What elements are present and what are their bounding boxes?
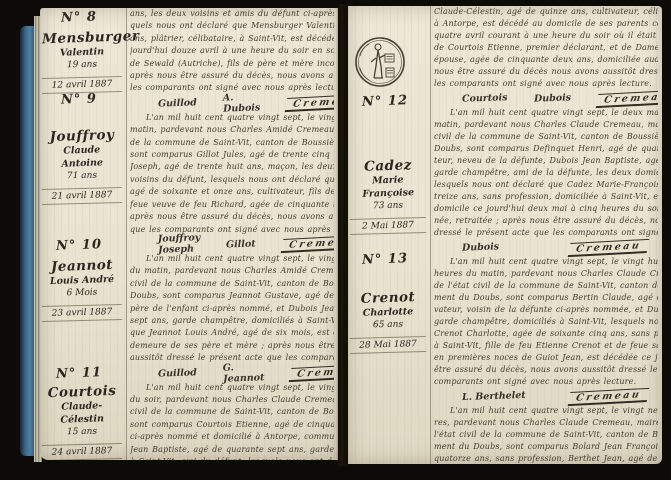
act-14-text: L'an mil huit cent quatre vingt sept, le… — [434, 405, 658, 464]
act-8-text: ans, les deux voisins et amis du défunt … — [130, 8, 334, 112]
mayor-paraph-signature: Cremeau — [281, 235, 334, 253]
deceased-age: 71 ans — [42, 169, 122, 182]
act-9-text: L'an mil huit cent quatre vingt sept, le… — [130, 112, 334, 253]
mayor-paraph-signature: Cremeau — [595, 89, 658, 107]
deceased-age: 15 ans — [42, 425, 122, 438]
act-13-signatures: L. Berthelet Cremeau — [434, 388, 658, 405]
deceased-age: 6 Mois — [42, 286, 122, 299]
mayor-paraph-signature: Cremeau — [289, 364, 334, 382]
act-date: 21 avril 1887 — [42, 187, 122, 205]
margin-entry-crenot: Crenot Charlotte 65 ans 28 Mai 1887 — [350, 290, 426, 353]
mayor-paraph-signature: Cremeau — [567, 387, 649, 405]
margin-entry-jouffroy: Jouffroy Claude Antoine 71 ans 21 avril … — [42, 128, 122, 204]
revenue-stamp-icon — [352, 32, 408, 94]
mayor-paraph-signature: Cremeau — [285, 94, 334, 112]
witness-signature: Dubois — [462, 241, 499, 253]
left-page-text: ans, les deux voisins et amis du défunt … — [130, 8, 334, 460]
register-scan: N° 8 Mensburger Valentin 19 ans 12 avril… — [0, 0, 671, 480]
act-number-11: N° 11 — [40, 365, 118, 383]
witness-signature: L. Berthelet — [462, 390, 526, 403]
witness-signature: Dubois — [533, 92, 570, 104]
margin-entry-mensburger: Mensburger Valentin 19 ans 12 avril 1887 — [42, 30, 122, 93]
deceased-given: Marie Françoise — [350, 173, 427, 202]
witness-signature: Jouffroy Joseph — [158, 233, 201, 256]
act-10-text: L'an mil huit cent quatre vingt sept, le… — [130, 253, 334, 382]
left-margin-column: N° 8 Mensburger Valentin 19 ans 12 avril… — [40, 8, 127, 460]
witness-signature: Guillod — [158, 97, 197, 109]
deceased-age: 73 ans — [350, 199, 426, 212]
right-page-text: Claude-Célestin, agé de quinze ans, cult… — [434, 6, 658, 464]
witness-signature: G. Jeannot — [222, 361, 264, 384]
deceased-age: 65 ans — [350, 318, 426, 331]
right-page: N° 12 Cadez Marie Françoise 73 ans 2 Mai… — [348, 6, 662, 464]
deceased-age: 19 ans — [42, 58, 122, 71]
left-page: N° 8 Mensburger Valentin 19 ans 12 avril… — [40, 8, 338, 460]
witness-signature: Gillot — [226, 238, 256, 250]
act-9-signatures: Jouffroy Joseph Gillot Cremeau — [130, 236, 334, 253]
act-10-signatures: Guillod G. Jeannot Cremeau — [130, 365, 334, 382]
margin-entry-courtois: Courtois Claude-Célestin 15 ans 24 avril… — [42, 384, 122, 460]
act-date: 23 avril 1887 — [42, 304, 122, 322]
act-number-13: N° 13 — [348, 251, 422, 269]
right-margin-column: N° 12 Cadez Marie Françoise 73 ans 2 Mai… — [348, 6, 431, 464]
margin-entry-jeannot: Jeannot Louis André 6 Mois 23 avril 1887 — [42, 258, 122, 321]
act-number-8: N° 8 — [40, 9, 118, 27]
mayor-paraph-signature: Cremeau — [567, 238, 649, 256]
act-number-9: N° 9 — [40, 91, 118, 109]
act-number-10: N° 10 — [40, 237, 118, 255]
act-date: 24 avril 1887 — [42, 443, 122, 460]
act-11-continuation-text: Claude-Célestin, agé de quinze ans, cult… — [434, 6, 658, 107]
deceased-given: Claude Antoine — [42, 143, 123, 172]
act-12-signatures: Dubois Cremeau — [434, 239, 658, 256]
witness-signature: A. Dubois — [222, 92, 260, 115]
margin-entry-cadez: Cadez Marie Françoise 73 ans 2 Mai 1887 — [350, 158, 426, 234]
act-date: 28 Mai 1887 — [350, 336, 426, 354]
witness-signature: Courtois — [462, 92, 508, 105]
witness-signature: Guillod — [158, 367, 197, 379]
act-8-signatures: Guillod A. Dubois Cremeau — [130, 95, 334, 112]
act-11-signatures: Courtois Dubois Cremeau — [434, 90, 658, 107]
act-11-text: L'an mil huit cent quatre vingt sept, le… — [130, 382, 334, 460]
act-number-12: N° 12 — [348, 93, 422, 111]
act-date: 2 Mai 1887 — [350, 217, 426, 235]
act-12-text: L'an mil huit cent quatre vingt sept, le… — [434, 107, 658, 256]
deceased-given: Claude-Célestin — [42, 399, 123, 428]
act-13-text: L'an mil huit cent quatre vingt sept, le… — [434, 256, 658, 405]
